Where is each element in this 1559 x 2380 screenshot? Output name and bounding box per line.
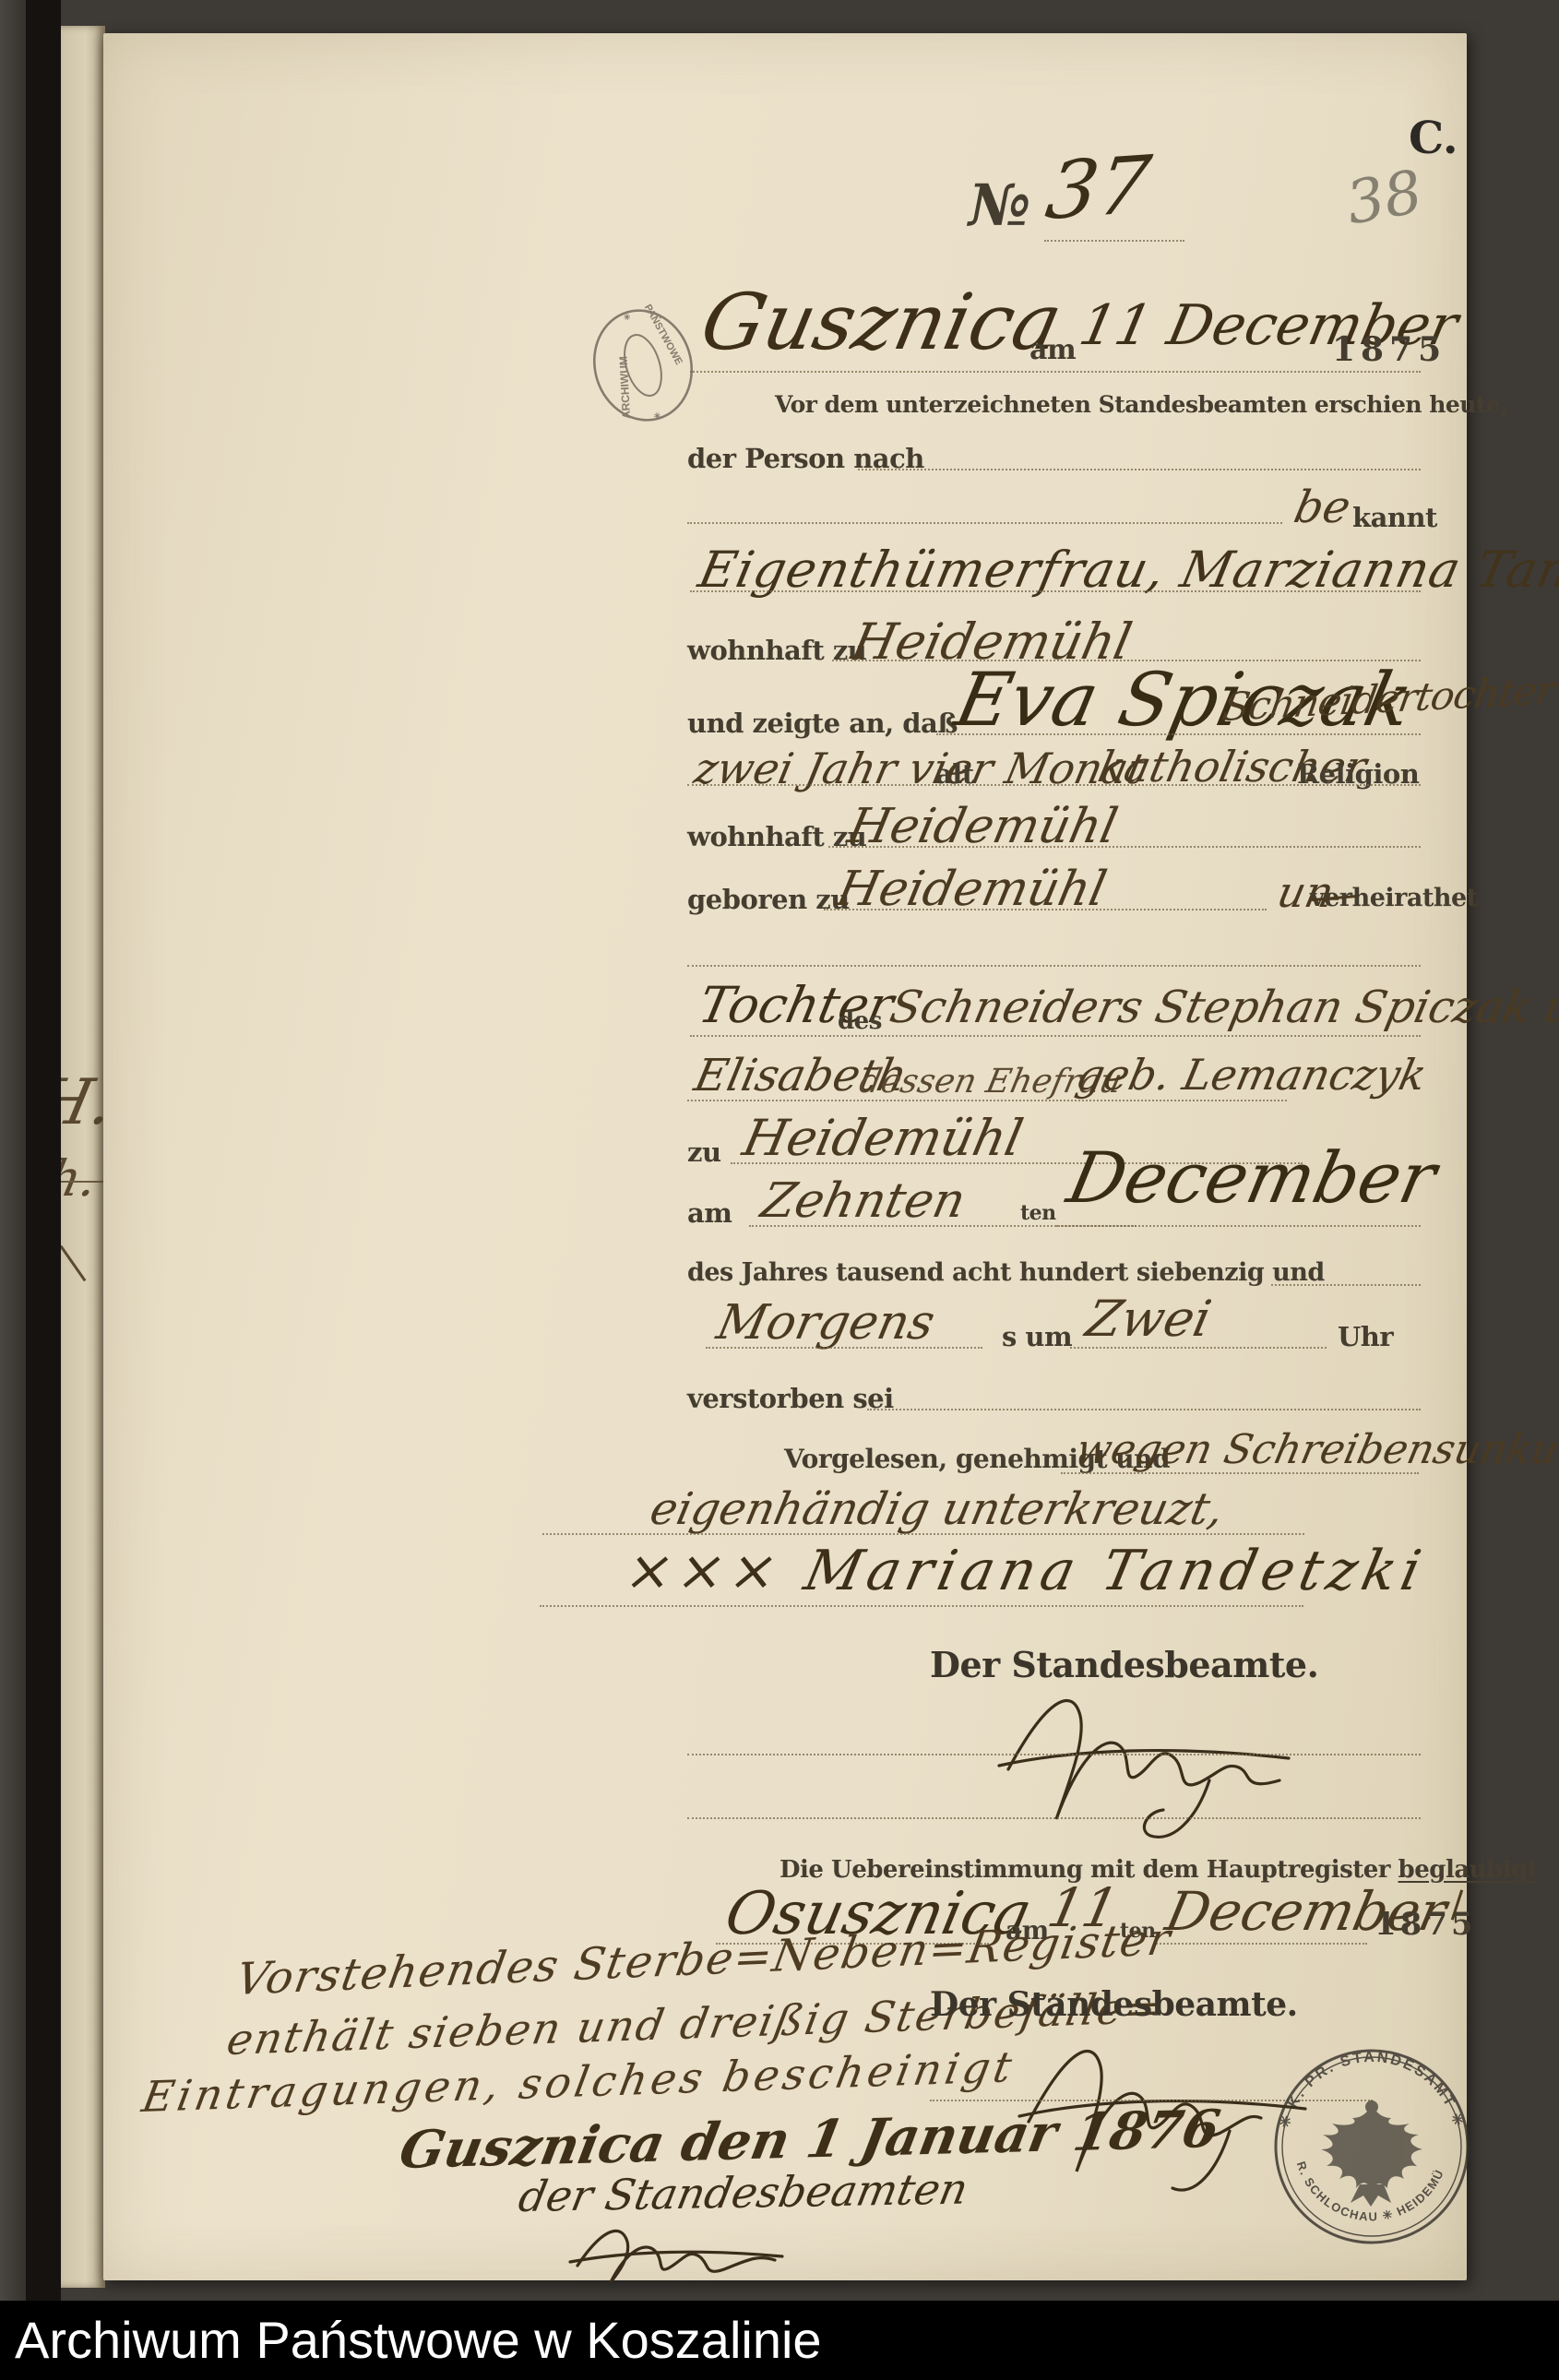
- bekannt-handwritten: be: [1290, 482, 1355, 533]
- archive-stamp-text: ARCHIWUM: [617, 356, 634, 420]
- dotted-rule: [690, 371, 1421, 373]
- eigenhaendig-clause: eigenhändig unterkreuzt,: [646, 1483, 1229, 1535]
- death-day: Zehnten: [756, 1173, 970, 1229]
- backdrop-left-edge: [0, 0, 26, 2301]
- dotted-rule: [687, 965, 1421, 967]
- closing-signature: [565, 2221, 786, 2288]
- dotted-rule: [687, 784, 1421, 786]
- uhr-label: Uhr: [1338, 1321, 1393, 1352]
- s-um-label: s um: [1002, 1321, 1072, 1352]
- dotted-rule: [1061, 1472, 1419, 1474]
- wegen-clause: wegen Schreibensunkunde: [1072, 1426, 1559, 1473]
- bekannt-printed: kannt: [1352, 502, 1437, 533]
- dotted-rule: [687, 522, 1282, 524]
- dotted-rule: [936, 733, 1421, 735]
- dateline-am: am: [1029, 334, 1076, 366]
- year-phrase: des Jahres tausend acht hundert siebenzi…: [687, 1258, 1325, 1287]
- dotted-rule: [1044, 240, 1184, 242]
- archive-footer-label: Archiwum Państwowe w Koszalinie: [15, 2310, 822, 2370]
- parents-father: Schneiders Stephan Spiczak und: [886, 982, 1559, 1033]
- verstorben-label: verstorben sei: [687, 1383, 894, 1414]
- dateline-place: Gusznica: [694, 277, 1069, 367]
- dotted-rule: [690, 590, 1421, 592]
- parents-birthname: geb. Lemanczyk: [1072, 1050, 1431, 1100]
- dotted-rule: [540, 1605, 1303, 1607]
- archive-stamp-text: PAŃSTWOWE: [642, 303, 685, 367]
- dotted-rule: [1271, 1284, 1421, 1286]
- death-hour: Zwei: [1081, 1290, 1216, 1348]
- scanned-death-record: H. h. C. 38 № 37 ARCHIWUM PAŃSTWOWE ✳ ✳ …: [0, 0, 1559, 2380]
- parents-des-label: des: [838, 1007, 882, 1035]
- prussian-eagle-emblem: [1321, 2100, 1422, 2207]
- dotted-rule: [828, 846, 1421, 848]
- book-spine-shadow: [26, 0, 61, 2301]
- dotted-rule: [858, 469, 1421, 470]
- margin-pen-stroke: [61, 1245, 86, 1281]
- dateline-year: 1875: [1332, 330, 1446, 369]
- dotted-rule: [687, 1817, 1421, 1819]
- certification-year: 1875: [1375, 1906, 1477, 1943]
- standesbeamte-heading: Der Standesbeamte.: [930, 1985, 1298, 2024]
- parents-place: Heidemühl: [738, 1109, 1028, 1167]
- margin-pen-stroke: [61, 1181, 103, 1183]
- svg-text:✳: ✳: [623, 312, 633, 323]
- dotted-rule: [1070, 1347, 1327, 1349]
- dotted-rule: [824, 909, 1267, 910]
- svg-text:✳: ✳: [652, 411, 662, 422]
- dotted-rule: [706, 1347, 982, 1349]
- record-no-label: №: [969, 172, 1030, 239]
- registrar-signature: [992, 1681, 1296, 1851]
- zu-label: zu: [687, 1136, 721, 1168]
- margin-fragment: h.: [61, 1149, 102, 1208]
- declarant-signature-marks: ××× Mariana Tandetzki: [620, 1539, 1432, 1603]
- registry-office-seal: ✳ K. PR. STANDESAMT ✳ KR. SCHLOCHAU ✳ HE…: [1271, 2046, 1472, 2247]
- archive-footer-bar: Archiwum Państwowe w Koszalinie: [0, 2301, 1559, 2380]
- death-month: December: [1061, 1136, 1443, 1219]
- archive-oval-stamp: ARCHIWUM PAŃSTWOWE ✳ ✳: [587, 304, 699, 426]
- dotted-rule: [687, 1754, 1421, 1755]
- intro-line: Vor dem unterzeichneten Standesbeamten e…: [775, 391, 1508, 418]
- dotted-rule: [1056, 1225, 1421, 1227]
- standesbeamte-heading: Der Standesbeamte.: [930, 1644, 1318, 1685]
- dotted-rule: [690, 1035, 1421, 1037]
- dotted-rule: [542, 1533, 1304, 1535]
- record-no-value: 37: [1041, 139, 1156, 238]
- dotted-rule: [867, 1409, 1421, 1410]
- dotted-rule: [1153, 1943, 1367, 1945]
- corner-letter: C.: [1409, 113, 1458, 164]
- pencil-page-number: 38: [1341, 158, 1427, 238]
- closing-note-role: der Standesbeamten: [515, 2164, 972, 2221]
- dotted-rule: [687, 1100, 1287, 1101]
- time-of-day: Morgens: [712, 1295, 939, 1351]
- am-label: am: [687, 1197, 732, 1229]
- und-zeigte-label: und zeigte an, daß: [687, 708, 958, 739]
- previous-page-edge: H. h.: [61, 26, 105, 2288]
- ten-label: ten: [1020, 1201, 1056, 1225]
- margin-fragment: H.: [61, 1066, 105, 1139]
